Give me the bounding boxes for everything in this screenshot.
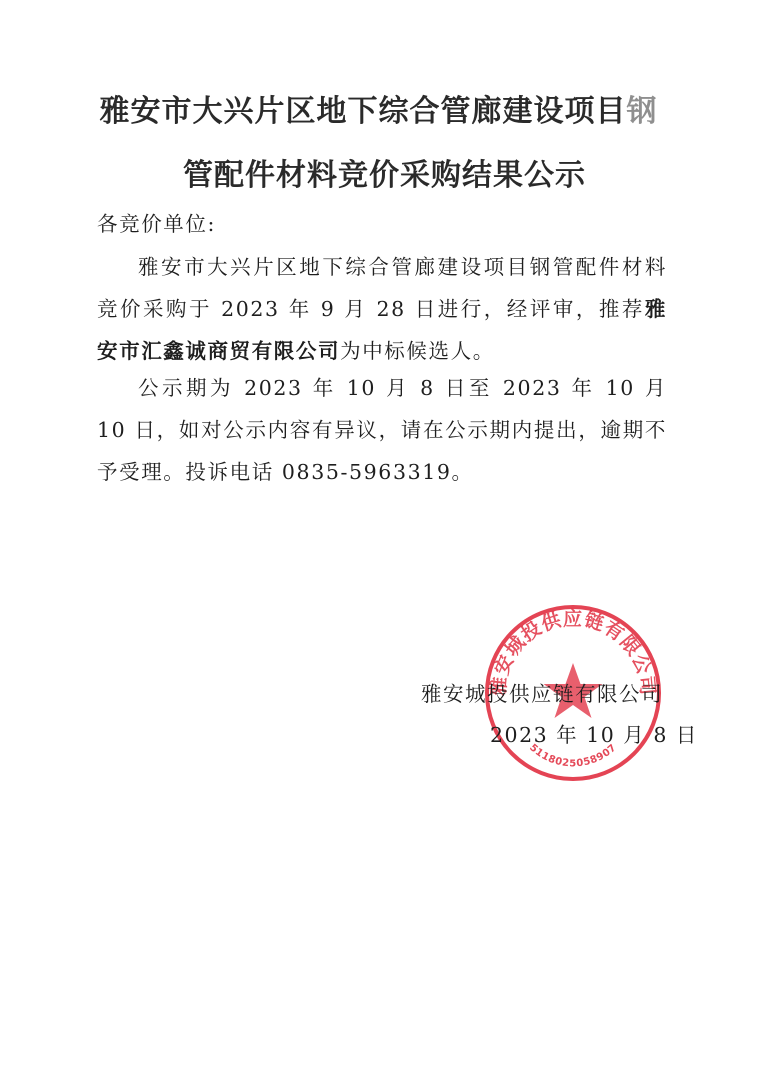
paragraph-result-outro: 为中标候选人。 — [340, 339, 495, 363]
document-title-line-1: 雅安市大兴片区地下综合管廊建设项目钢 — [0, 86, 763, 130]
signature-company: 雅安城投供应链有限公司 — [421, 677, 663, 707]
paragraph-publicity-period: 公示期为 2023 年 10 月 8 日至 2023 年 10 月 10 日，如… — [97, 367, 667, 493]
paragraph-result-intro: 雅安市大兴片区地下综合管廊建设项目钢管配件材料竞价采购于 2023 年 9 月 … — [97, 255, 667, 321]
paragraph-result: 雅安市大兴片区地下综合管廊建设项目钢管配件材料竞价采购于 2023 年 9 月 … — [97, 246, 667, 372]
document-title-line-2: 管配件材料竞价采购结果公示 — [0, 150, 769, 194]
signature-date: 2023 年 10 月 8 日 — [490, 718, 698, 748]
title-line-1-main: 雅安市大兴片区地下综合管廊建设项目 — [100, 94, 627, 129]
salutation: 各竞价单位: — [97, 203, 667, 245]
title-line-1-faded: 钢 — [627, 94, 658, 129]
